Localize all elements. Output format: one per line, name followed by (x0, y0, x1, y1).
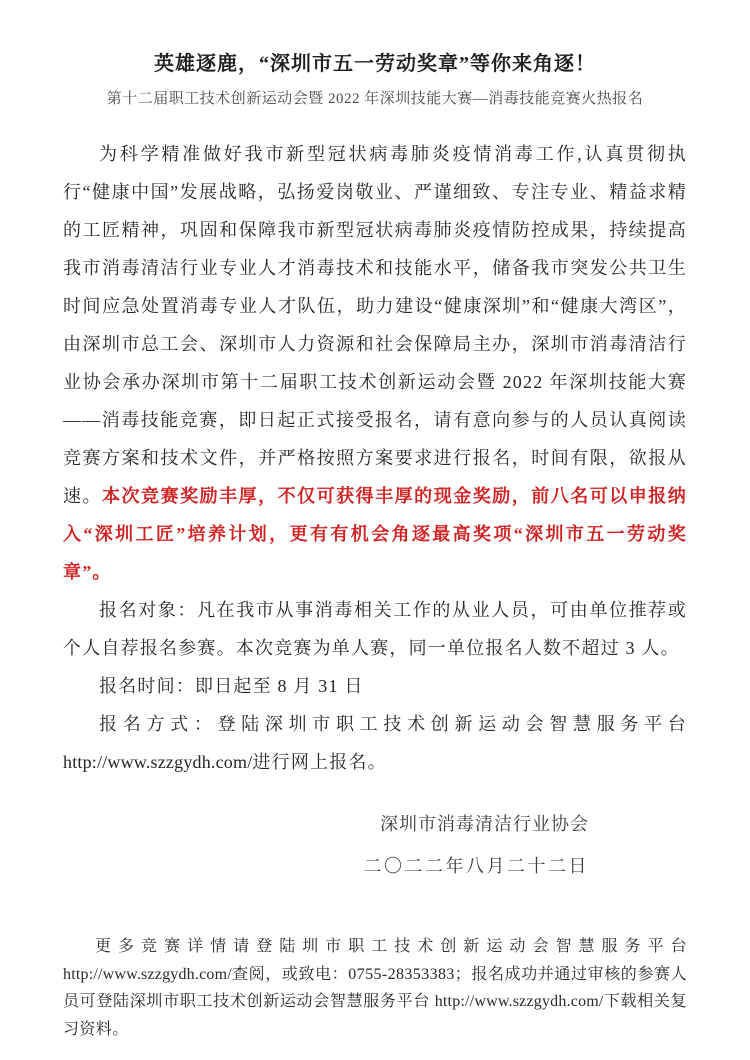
footer-url-2: http://www.szzgydh.com/ (435, 993, 604, 1010)
signature-date: 二〇二二年八月二十二日 (63, 845, 589, 887)
paragraph-intro: 为科学精准做好我市新型冠状病毒肺炎疫情消毒工作,认真贯彻执行“健康中国”发展战略… (63, 135, 687, 591)
document-page: 英雄逐鹿，“深圳市五一劳动奖章”等你来角逐！ 第十二届职工技术创新运动会暨 20… (0, 0, 750, 1060)
signup-method-tail: 进行网上报名。 (252, 752, 386, 772)
paragraph-eligibility: 报名对象：凡在我市从事消毒相关工作的从业人员，可由单位推荐或个人自荐报名参赛。本… (63, 591, 687, 667)
paragraph-signup-time: 报名时间：即日起至 8 月 31 日 (63, 667, 687, 705)
footer-url-1: http://www.szzgydh.com/ (63, 966, 232, 983)
signature-block: 深圳市消毒清洁行业协会 二〇二二年八月二十二日 (63, 803, 687, 887)
page-subtitle: 第十二届职工技术创新运动会暨 2022 年深圳技能大赛—消毒技能竞赛火热报名 (63, 89, 687, 110)
footer-text-1: 更多竞赛详情请登陆圳市职工技术创新运动会智慧服务平台 (95, 938, 687, 955)
signup-url: http://www.szzgydh.com/ (63, 752, 252, 772)
signature-org: 深圳市消毒清洁行业协会 (63, 803, 589, 845)
paragraph-signup-method: 报名方式：登陆深圳市职工技术创新运动会智慧服务平台http://www.szzg… (63, 705, 687, 781)
intro-text: 为科学精准做好我市新型冠状病毒肺炎疫情消毒工作,认真贯彻执行“健康中国”发展战略… (63, 144, 687, 506)
footer-note: 更多竞赛详情请登陆圳市职工技术创新运动会智慧服务平台http://www.szz… (63, 933, 687, 1043)
page-title: 英雄逐鹿，“深圳市五一劳动奖章”等你来角逐！ (63, 50, 687, 78)
highlight-red-text: 本次竞赛奖励丰厚，不仅可获得丰厚的现金奖励，前八名可以申报纳入“深圳工匠”培养计… (63, 486, 687, 582)
signup-method-text: 报名方式：登陆深圳市职工技术创新运动会智慧服务平台 (99, 714, 687, 734)
